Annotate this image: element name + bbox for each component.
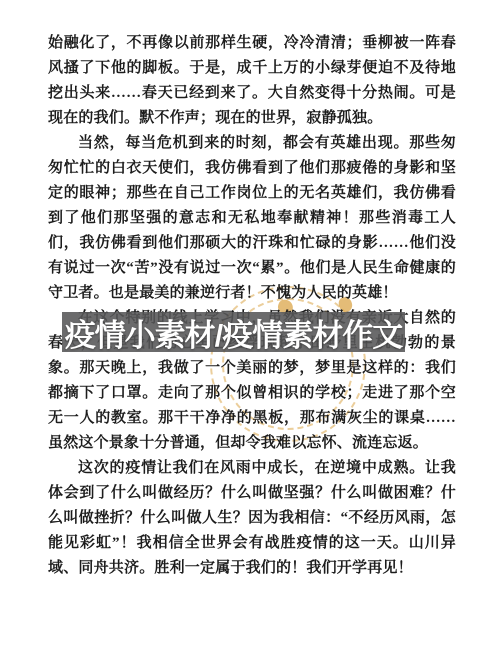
paragraph: 这次的疫情让我们在风雨中成长，在逆境中成熟。让我体会到了什么叫做经历？什么叫做坚…: [48, 456, 456, 581]
title-banner: 疫情小素材/疫情素材作文: [62, 312, 405, 352]
article-text: 始融化了，不再像以前那样生硬，冷冷清清；垂柳被一阵春风搔了下他的脚板。于是，成千…: [48, 31, 456, 581]
paragraph: 当然，每当危机到来的时刻，都会有英雄出现。那些匆匆忙忙的白衣天使们，我仿佛看到了…: [48, 131, 456, 306]
banner-title: 疫情小素材/疫情素材作文: [65, 310, 403, 355]
article-page: 始融化了，不再像以前那样生硬，冷冷清清；垂柳被一阵春风搔了下他的脚板。于是，成千…: [0, 0, 500, 666]
paragraph: 始融化了，不再像以前那样生硬，冷冷清清；垂柳被一阵春风搔了下他的脚板。于是，成千…: [48, 31, 456, 131]
